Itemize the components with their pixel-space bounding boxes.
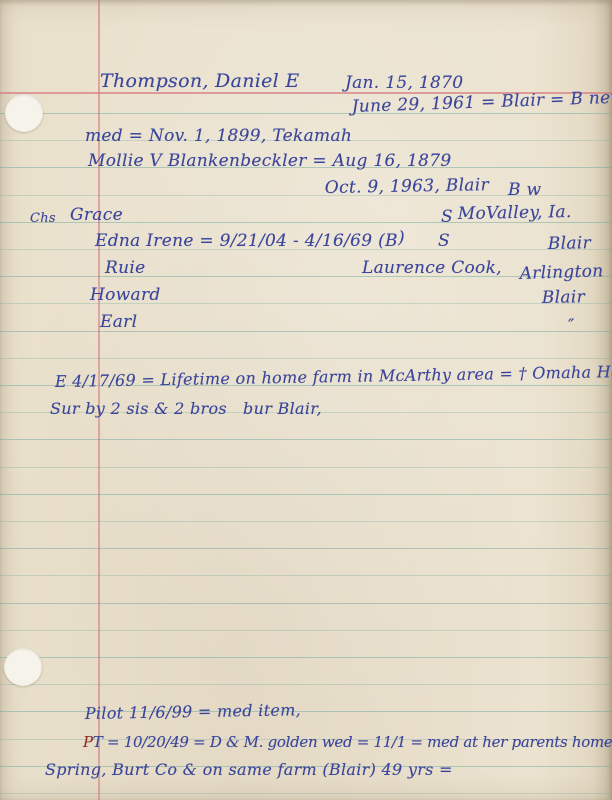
rule-line xyxy=(0,575,612,576)
rule-line xyxy=(0,521,612,522)
rule-line xyxy=(0,793,612,794)
child-place-grace: MoValley, Ia. xyxy=(458,204,572,223)
source-note-spring: Spring, Burt Co & on same farm (Blair) 4… xyxy=(45,762,453,778)
marriage-line: med = Nov. 1, 1899, Tekamah xyxy=(85,128,352,145)
source-note-pt: PT = 10/20/49 = D & M. golden wed = 11/1… xyxy=(83,735,612,750)
rule-line xyxy=(0,603,612,604)
spouse-line: Mollie V Blankenbeckler = Aug 16, 1879 xyxy=(88,153,451,170)
rule-line xyxy=(0,467,612,468)
child-spouse-ruie: Laurence Cook, xyxy=(362,260,502,277)
rule-line xyxy=(0,494,612,495)
child-status-edna: S xyxy=(438,233,450,250)
child-place-earl-ditto: ″ xyxy=(568,318,575,335)
rule-line xyxy=(0,331,612,332)
spouse-death-line: Oct. 9, 1963, Blair xyxy=(325,177,489,197)
child-name-howard: Howard xyxy=(90,287,161,304)
birth-date: Jan. 15, 1870 xyxy=(345,75,463,92)
pt-rest: T = 10/20/49 = D & M. golden wed = 11/1 … xyxy=(93,733,612,751)
child-name-ruie: Ruie xyxy=(105,260,145,277)
child-name-earl: Earl xyxy=(100,314,137,331)
rule-line xyxy=(0,113,612,114)
rule-line xyxy=(0,548,612,549)
source-note-pilot: Pilot 11/6/99 = med item, xyxy=(85,702,301,722)
rule-line xyxy=(0,657,612,658)
notebook-page: Thompson, Daniel E Jan. 15, 1870 June 29… xyxy=(0,0,612,800)
obit-note-line1: E 4/17/69 = Lifetime on home farm in McA… xyxy=(55,363,612,390)
child-status-grace: S xyxy=(441,209,453,226)
person-name: Thompson, Daniel E xyxy=(100,72,300,91)
child-paren-edna: ) xyxy=(398,230,405,247)
child-name-edna: Edna Irene = 9/21/04 - 4/16/69 (B xyxy=(95,233,398,250)
child-place-howard: Blair xyxy=(542,289,585,307)
child-place-ruie: Arlington xyxy=(519,263,603,283)
child-place-edna: Blair xyxy=(548,235,591,253)
rule-line xyxy=(0,439,612,440)
children-label: Chs xyxy=(30,212,56,225)
pt-red-initial: P xyxy=(83,733,93,751)
rule-line xyxy=(0,358,612,359)
spouse-death-code: B w xyxy=(508,182,541,199)
obit-note-line2: Sur by 2 sis & 2 bros bur Blair, xyxy=(50,401,322,417)
rule-line xyxy=(0,684,612,685)
child-name-grace: Grace xyxy=(70,207,123,224)
rule-line xyxy=(0,630,612,631)
hole-punch-top xyxy=(5,94,43,132)
hole-punch-bottom xyxy=(4,648,42,686)
